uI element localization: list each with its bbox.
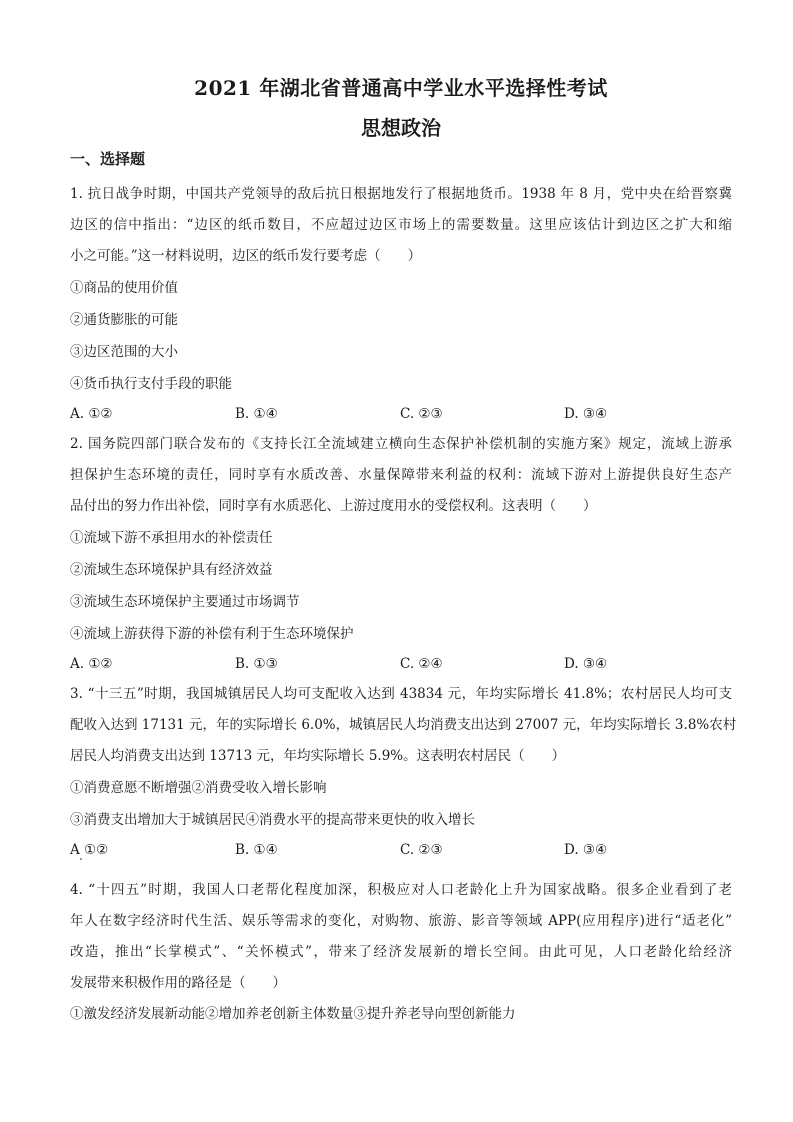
q3-stem-line-3: 居民人均消费支出达到 13713 元，年均实际增长 5.9%。这表明农村居民（ … xyxy=(70,746,565,766)
q1-statement-2: ②通货膨胀的可能 xyxy=(70,310,178,330)
q2-stem-line-1: 2. 国务院四部门联合发布的《支持长江全流域建立横向生态保护补偿机制的实施方案》… xyxy=(70,434,732,454)
q1-option-a[interactable]: A. ①② xyxy=(70,404,113,424)
q1-statement-1: ①商品的使用价值 xyxy=(70,278,178,298)
q2-option-b[interactable]: B. ①③ xyxy=(235,654,278,674)
q2-option-a[interactable]: A. ①② xyxy=(70,654,113,674)
q1-option-c[interactable]: C. ②③ xyxy=(400,404,443,424)
q2-stem-line-2: 担保护生态环境的责任，同时享有水质改善、水量保障带来利益的权利：流域下游对上游提… xyxy=(70,465,732,485)
q3-option-a[interactable]: A ①② xyxy=(70,840,108,860)
q2-statement-1: ①流域下游不承担用水的补偿责任 xyxy=(70,528,273,548)
q4-stem-line-3: 改造，推出“长掌模式”、“关怀模式”，带来了经济发展新的增长空间。由此可见，人口… xyxy=(70,942,732,962)
q4-stem-line-1: 4. “十四五”时期，我国人口老帮化程度加深，积极应对人口老龄化上升为国家战略。… xyxy=(70,880,732,900)
q3-option-d[interactable]: D. ③④ xyxy=(564,840,607,860)
exam-subject: 思想政治 xyxy=(70,112,732,141)
stray-mark xyxy=(80,858,82,860)
q4-statement-1: ①激发经济发展新动能②增加养老创新主体数量③提升养老导向型创新能力 xyxy=(70,1004,516,1024)
q1-stem-line-1: 1. 抗日战争时期，中国共产党领导的敌后抗日根据地发行了根据地货币。1938 年… xyxy=(70,184,732,204)
section-heading: 一、选择题 xyxy=(70,148,145,169)
q2-option-c[interactable]: C. ②④ xyxy=(400,654,443,674)
q3-option-b[interactable]: B. ①④ xyxy=(235,840,278,860)
q2-statement-3: ③流域生态环境保护主要通过市场调节 xyxy=(70,592,300,612)
q2-stem-line-3: 品付出的努力作出补偿，同时享有水质恶化、上游过度用水的受偿权利。这表明（ ） xyxy=(70,496,597,516)
q1-stem-line-2: 边区的信中指出：“边区的纸币数目，不应超过边区市场上的需要数量。这里应该估计到边… xyxy=(70,215,732,235)
exam-title: 2021 年湖北省普通高中学业水平选择性考试 xyxy=(70,72,732,101)
q1-option-b[interactable]: B. ①④ xyxy=(235,404,278,424)
q3-statement-2: ③消费支出增加大于城镇居民④消费水平的提高带来更快的收入增长 xyxy=(70,810,475,830)
q1-statement-3: ③边区范围的大小 xyxy=(70,342,178,362)
q3-stem-line-2: 配收入达到 17131 元，年的实际增长 6.0%，城镇居民人均消费支出达到 2… xyxy=(70,715,732,735)
q3-statement-1: ①消费意愿不断增强②消费受收入增长影响 xyxy=(70,778,327,798)
q3-option-c[interactable]: C. ②③ xyxy=(400,840,443,860)
q4-stem-line-4: 发展带来积极作用的路径是（ ） xyxy=(70,973,286,993)
q1-statement-4: ④货币执行支付手段的职能 xyxy=(70,374,232,394)
q1-option-d[interactable]: D. ③④ xyxy=(564,404,607,424)
q2-option-d[interactable]: D. ③④ xyxy=(564,654,607,674)
q1-stem-line-3: 小之可能。”这一材料说明，边区的纸币发行要考虑（ ） xyxy=(70,246,421,266)
q3-stem-line-1: 3. “十三五”时期，我国城镇居民人均可支配收入达到 43834 元，年均实际增… xyxy=(70,684,732,704)
q2-statement-2: ②流域生态环境保护具有经济效益 xyxy=(70,560,273,580)
q2-statement-4: ④流域上游获得下游的补偿有利于生态环境保护 xyxy=(70,624,354,644)
q4-stem-line-2: 年人在数字经济时代生活、娱乐等需求的变化，对购物、旅游、影音等领域 APP(应用… xyxy=(70,911,732,931)
